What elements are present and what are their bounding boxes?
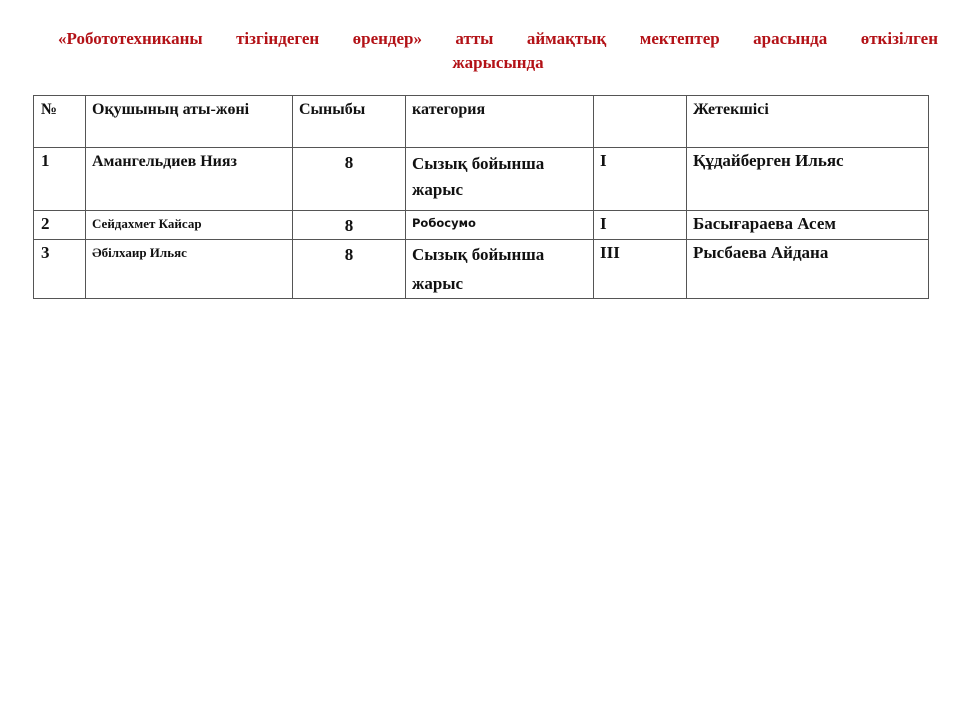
header-category: категория xyxy=(406,96,594,148)
title-line-2: жарысында xyxy=(58,51,938,75)
cell-student-name: Сейдахмет Кайсар xyxy=(86,211,293,240)
header-supervisor: Жетекшісі xyxy=(687,96,929,148)
cell-supervisor: Құдайберген Ильяс xyxy=(687,148,929,211)
table-row: 1 Амангельдиев Нияз 8 Сызық бойынша жары… xyxy=(34,148,929,211)
cell-number: 3 xyxy=(34,240,86,299)
cell-supervisor: Рысбаева Айдана xyxy=(687,240,929,299)
cell-number: 2 xyxy=(34,211,86,240)
table-row: 2 Сейдахмет Кайсар 8 Робосумо I Басығара… xyxy=(34,211,929,240)
header-student-name: Оқушының аты-жөні xyxy=(86,96,293,148)
cell-place: III xyxy=(594,240,687,299)
cell-supervisor: Басығараева Асем xyxy=(687,211,929,240)
cell-category: Сызық бойынша жарыс xyxy=(406,240,594,299)
cell-place: I xyxy=(594,211,687,240)
cell-category: Робосумо xyxy=(406,211,594,240)
cell-category: Сызық бойынша жарыс xyxy=(406,148,594,211)
header-number: № xyxy=(34,96,86,148)
cell-place: I xyxy=(594,148,687,211)
cell-student-name: Әбілхаир Ильяс xyxy=(86,240,293,299)
title-line-1: «Робототехниканы тізгіндеген өрендер» ат… xyxy=(58,27,938,51)
cell-grade: 8 xyxy=(293,211,406,240)
header-place xyxy=(594,96,687,148)
table-header-row: № Оқушының аты-жөні Сыныбы категория Жет… xyxy=(34,96,929,148)
cell-grade: 8 xyxy=(293,148,406,211)
results-table: № Оқушының аты-жөні Сыныбы категория Жет… xyxy=(33,95,929,299)
cell-student-name: Амангельдиев Нияз xyxy=(86,148,293,211)
header-grade: Сыныбы xyxy=(293,96,406,148)
table-row: 3 Әбілхаир Ильяс 8 Сызық бойынша жарыс I… xyxy=(34,240,929,299)
cell-number: 1 xyxy=(34,148,86,211)
document-title: «Робототехниканы тізгіндеген өрендер» ат… xyxy=(58,27,938,75)
cell-grade: 8 xyxy=(293,240,406,299)
